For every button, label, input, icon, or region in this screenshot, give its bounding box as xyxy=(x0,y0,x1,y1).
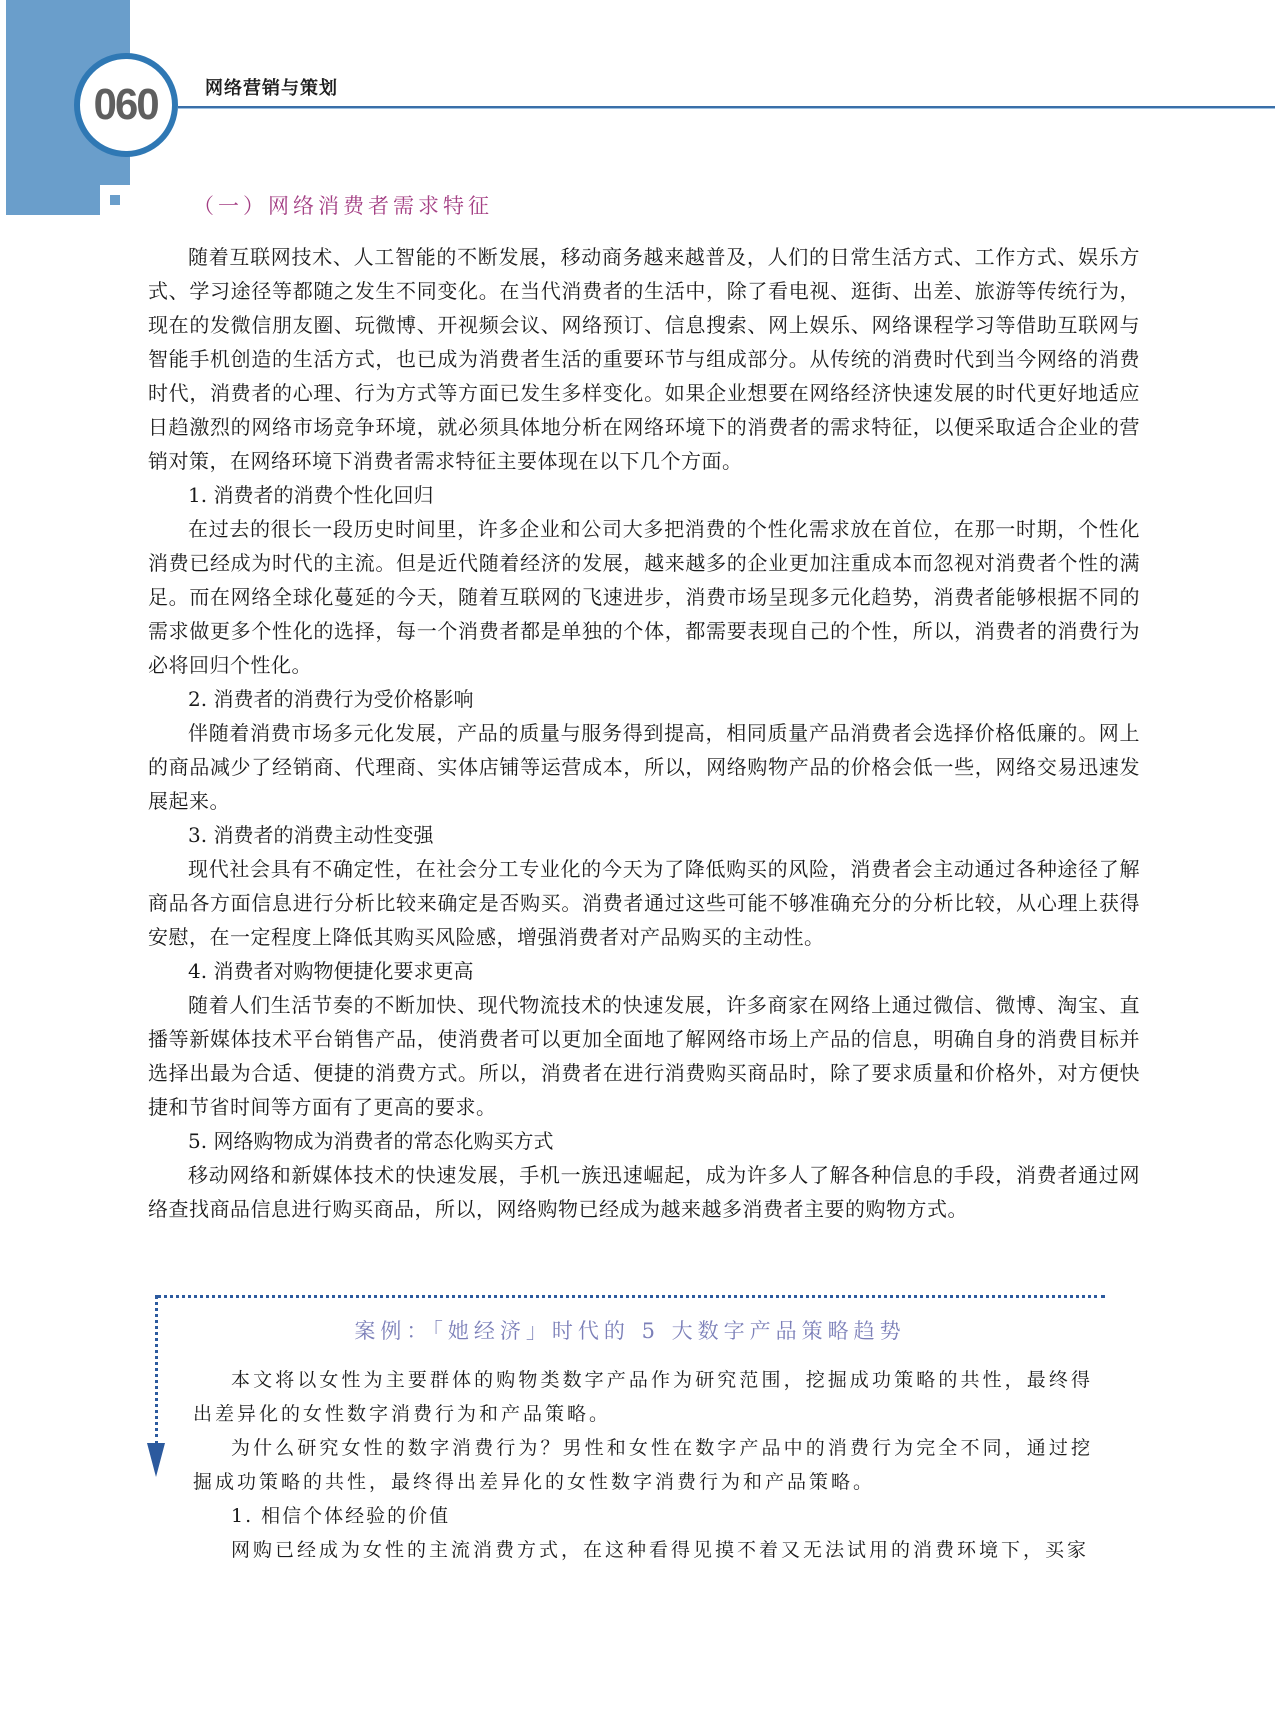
case-study-content: 本文将以女性为主要群体的购物类数字产品作为研究范围，挖掘成功策略的共性，最终得出… xyxy=(193,1363,1093,1567)
item-body-2: 伴随着消费市场多元化发展，产品的质量与服务得到提高，相同质量产品消费者会选择价格… xyxy=(148,716,1140,818)
item-heading-1: 1. 消费者的消费个性化回归 xyxy=(148,478,1140,512)
page-number-badge: 060 xyxy=(74,53,178,157)
intro-paragraph: 随着互联网技术、人工智能的不断发展，移动商务越来越普及，人们的日常生活方式、工作… xyxy=(148,240,1140,478)
running-header-title: 网络营销与策划 xyxy=(205,74,338,100)
case-item-heading-1: 1. 相信个体经验的价值 xyxy=(193,1499,1093,1533)
page-number: 060 xyxy=(94,80,158,130)
item-body-1: 在过去的很长一段历史时间里，许多企业和公司大多把消费的个性化需求放在首位，在那一… xyxy=(148,512,1140,682)
item-heading-4: 4. 消费者对购物便捷化要求更高 xyxy=(148,954,1140,988)
case-study-title: 案例：「她经济」时代的 5 大数字产品策略趋势 xyxy=(155,1315,1105,1345)
case-border-dotted-top xyxy=(157,1295,1105,1298)
header-corner-block-step xyxy=(6,185,100,215)
header-rule xyxy=(178,106,1275,108)
item-body-3: 现代社会具有不确定性，在社会分工专业化的今天为了降低购买的风险，消费者会主动通过… xyxy=(148,852,1140,954)
item-heading-2: 2. 消费者的消费行为受价格影响 xyxy=(148,682,1140,716)
item-heading-5: 5. 网络购物成为消费者的常态化购买方式 xyxy=(148,1124,1140,1158)
case-item-body-1: 网购已经成为女性的主流消费方式，在这种看得见摸不着又无法试用的消费环境下，买家 xyxy=(193,1533,1093,1567)
arrow-down-icon xyxy=(147,1443,165,1477)
case-paragraph-2: 为什么研究女性的数字消费行为？男性和女性在数字产品中的消费行为完全不同，通过挖掘… xyxy=(193,1431,1093,1499)
case-paragraph-1: 本文将以女性为主要群体的购物类数字产品作为研究范围，挖掘成功策略的共性，最终得出… xyxy=(193,1363,1093,1431)
item-heading-3: 3. 消费者的消费主动性变强 xyxy=(148,818,1140,852)
section-heading: （一）网络消费者需求特征 xyxy=(193,190,493,220)
item-body-4: 随着人们生活节奏的不断加快、现代物流技术的快速发展，许多商家在网络上通过微信、微… xyxy=(148,988,1140,1124)
header-corner-square xyxy=(110,195,120,205)
case-study-box: 案例：「她经济」时代的 5 大数字产品策略趋势 本文将以女性为主要群体的购物类数… xyxy=(155,1295,1105,1695)
main-content: 随着互联网技术、人工智能的不断发展，移动商务越来越普及，人们的日常生活方式、工作… xyxy=(148,240,1140,1226)
item-body-5: 移动网络和新媒体技术的快速发展，手机一族迅速崛起，成为许多人了解各种信息的手段，… xyxy=(148,1158,1140,1226)
